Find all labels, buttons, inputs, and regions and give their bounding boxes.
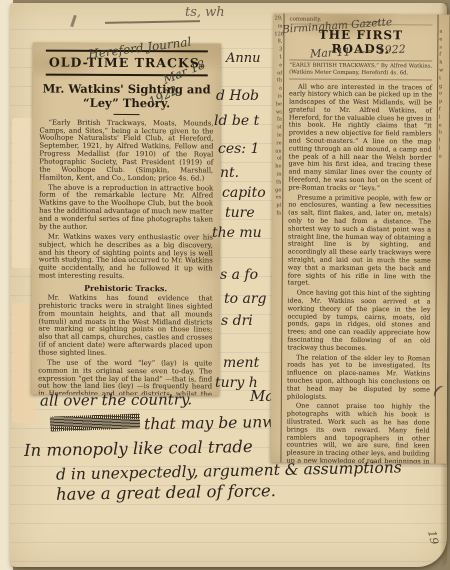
left-clipping-subheadline: Mr. Watkins' Sighting and “Ley” Theory.: [40, 82, 214, 112]
article-paragraph: All who are interested in the traces of …: [288, 83, 432, 193]
handwriting-fragment: ces: 1: [218, 141, 259, 157]
handwriting-fragment: the mu: [212, 225, 262, 241]
handwriting-fragment: capito: [222, 185, 266, 201]
left-newspaper-clipping: OLD-TIME TRACKS. Mr. Watkins' Sighting a…: [31, 43, 221, 396]
top-ink-stroke: [70, 15, 77, 27]
page-number: 19: [425, 529, 441, 545]
article-paragraph: One cannot praise too highly the photogr…: [286, 403, 430, 464]
handwriting-fragment: d Hob: [216, 88, 259, 104]
handwriting-line: have a great deal of force.: [56, 481, 276, 504]
handwriting-fragment: s dri: [221, 313, 253, 329]
article-paragraph: “Early British Trackways, Moats, Mounds,…: [39, 119, 213, 183]
handwriting-line: In monopoly like coal trade: [24, 437, 253, 460]
headline-rule: [114, 114, 140, 115]
handwriting-fragment: s a fo: [220, 267, 258, 283]
handwriting-fragment: ment: [223, 355, 259, 371]
handwriting-fragment: to arg: [224, 291, 267, 307]
article-paragraph: The above is a reproduction in attractiv…: [39, 184, 213, 232]
handwriting-fragment: ld be t: [214, 113, 259, 129]
article-paragraph: Presume a primitive people, with few or …: [288, 194, 432, 289]
top-ink-stroke: [105, 20, 200, 24]
handwriting-fragment: nt.: [220, 165, 239, 181]
top-handwriting-fragment: ts, wh: [185, 5, 225, 20]
subheadline-line2: “Ley” Theory.: [40, 96, 214, 111]
handwriting-line: all over the country.: [40, 390, 192, 409]
arrow-mark-icon: —→: [362, 17, 380, 28]
subheadline-line1: Mr. Watkins' Sighting and: [40, 82, 214, 97]
handwriting-fragment: Annu: [226, 51, 261, 66]
right-clipping-byline: “EARLY BRITISH TRACKWAYS.” By Alfred Wat…: [289, 60, 432, 80]
glue-patch: [12, 118, 34, 268]
handwriting-fragment: tury h: [215, 375, 258, 391]
article-paragraph: Once having got this hint of the sightin…: [287, 290, 430, 353]
album-page: ts, wh OLD-TIME TRACKS. Mr. Watkins' Sig…: [10, 3, 447, 567]
article-subhead: Prehistoric Tracks.: [39, 283, 213, 293]
article-paragraph: Mr. Watkins has found evidence that preh…: [38, 294, 212, 358]
handwriting-fragment: ture: [225, 205, 255, 221]
article-paragraph: The relation of the elder ley to Roman r…: [287, 354, 430, 402]
right-clipping-column: community. THE FIRST ROADS. “EARLY BRITI…: [281, 13, 437, 463]
right-newspaper-clipping: 29, m 126 8, 3 1 e of th a is he wi fa s…: [270, 13, 449, 463]
article-paragraph: Mr. Watkins waxes very enthusiastic over…: [39, 233, 213, 281]
handwriting-line: d in unexpectedly, argument & assumption…: [56, 458, 402, 483]
crossed-out-word: [50, 413, 140, 431]
